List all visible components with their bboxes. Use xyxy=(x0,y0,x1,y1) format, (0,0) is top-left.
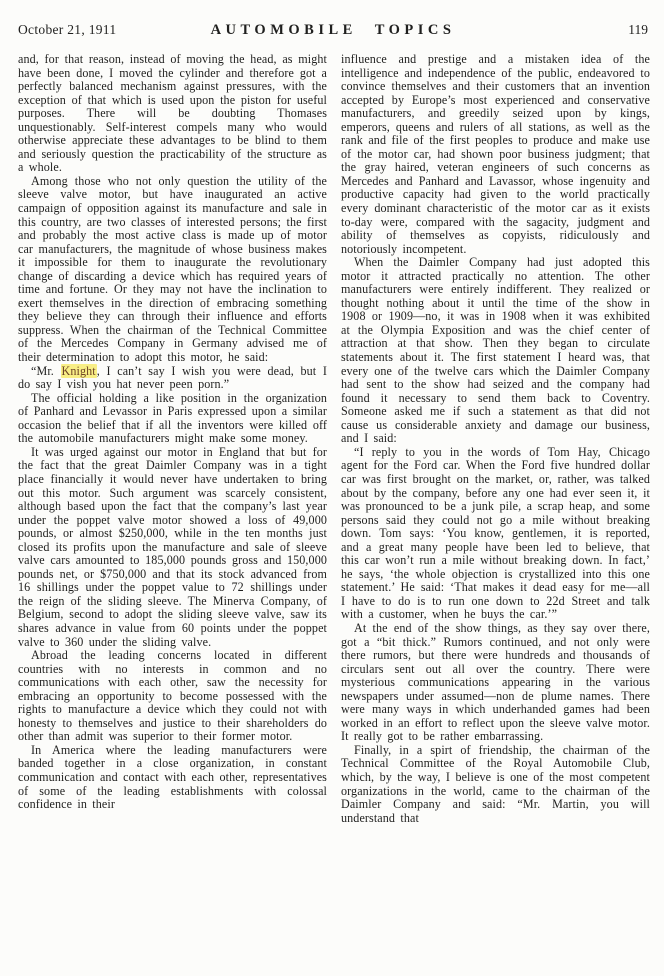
masthead: October 21, 1911 AUTOMOBILE TOPICS 119 xyxy=(0,0,664,39)
text-segment: Finally, in a spirt of friendship, the c… xyxy=(341,743,650,825)
text-segment: “I reply to you in the words of Tom Hay,… xyxy=(341,445,650,622)
text-segment: influence and prestige and a mistaken id… xyxy=(341,52,650,256)
issue-date: October 21, 1911 xyxy=(18,22,116,38)
text-segment: It was urged against our motor in Englan… xyxy=(18,445,327,649)
column-left: and, for that reason, instead of moving … xyxy=(18,53,327,825)
text-segment: Among those who not only question the ut… xyxy=(18,174,327,364)
paragraph: Finally, in a spirt of friendship, the c… xyxy=(341,744,650,825)
paragraph: It was urged against our motor in Englan… xyxy=(18,446,327,649)
paragraph: Abroad the leading concerns located in d… xyxy=(18,649,327,744)
magazine-page: October 21, 1911 AUTOMOBILE TOPICS 119 a… xyxy=(0,0,664,976)
paragraph: When the Daimler Company had just adopte… xyxy=(341,256,650,446)
page-number: 119 xyxy=(628,22,648,38)
column-right: influence and prestige and a mistaken id… xyxy=(341,53,650,825)
paragraph: Among those who not only question the ut… xyxy=(18,175,327,365)
text-segment: The official holding a like position in … xyxy=(18,391,327,446)
paragraph: “I reply to you in the words of Tom Hay,… xyxy=(341,446,650,622)
paragraph: The official holding a like position in … xyxy=(18,392,327,446)
text-segment: At the end of the show things, as they s… xyxy=(341,621,650,743)
paragraph: In America where the leading manufacture… xyxy=(18,744,327,812)
text-segment: and, for that reason, instead of moving … xyxy=(18,52,327,174)
paragraph: “Mr. Knight, I can’t say I wish you were… xyxy=(18,365,327,392)
paragraph: influence and prestige and a mistaken id… xyxy=(341,53,650,256)
search-highlight: Knight xyxy=(61,364,97,378)
paragraph: At the end of the show things, as they s… xyxy=(341,622,650,744)
paragraph: and, for that reason, instead of moving … xyxy=(18,53,327,175)
journal-title: AUTOMOBILE TOPICS xyxy=(211,22,456,39)
text-segment: Abroad the leading concerns located in d… xyxy=(18,648,327,743)
text-columns: and, for that reason, instead of moving … xyxy=(0,39,664,825)
text-segment: When the Daimler Company had just adopte… xyxy=(341,255,650,445)
text-segment: “Mr. xyxy=(31,364,61,378)
text-segment: In America where the leading manufacture… xyxy=(18,743,327,811)
